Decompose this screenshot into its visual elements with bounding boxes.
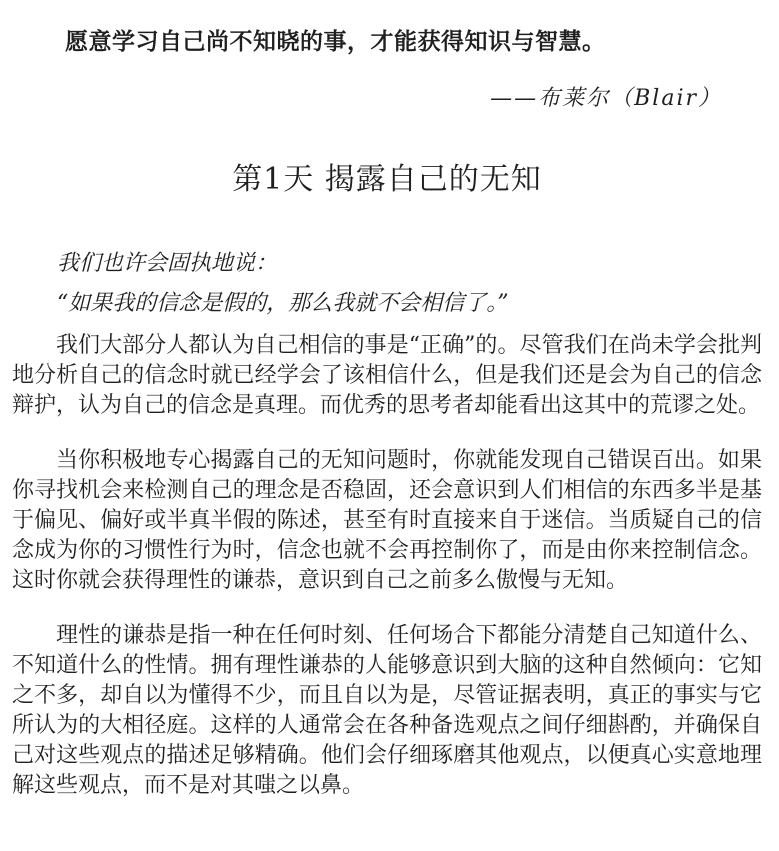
epigraph-attribution: ——布莱尔（Blair） xyxy=(12,86,722,112)
body-paragraph: 当你积极地专心揭露自己的无知问题时，你就能发现自己错误百出。如果你寻找机会来检测… xyxy=(12,446,762,596)
speech-intro-line: 我们也许会固执地说： xyxy=(57,251,762,277)
epigraph: 愿意学习自己尚不知晓的事，才能获得知识与智慧。 ——布莱尔（Blair） xyxy=(12,28,762,112)
chapter-body: 我们也许会固执地说： “如果我的信念是假的，那么我就不会相信了。” 我们大部分人… xyxy=(12,251,762,801)
epigraph-text: 愿意学习自己尚不知晓的事，才能获得知识与智慧。 xyxy=(65,28,762,56)
speech-quote-line: “如果我的信念是假的，那么我就不会相信了。” xyxy=(57,291,762,317)
book-page: 愿意学习自己尚不知晓的事，才能获得知识与智慧。 ——布莱尔（Blair） 第1天… xyxy=(0,0,779,851)
body-paragraph: 理性的谦恭是指一种在任何时刻、任何场合下都能分清楚自己知道什么、不知道什么的性情… xyxy=(12,621,762,801)
chapter-title: 第1天 揭露自己的无知 xyxy=(12,163,762,197)
body-paragraph: 我们大部分人都认为自己相信的事是“正确”的。尽管我们在尚未学会批判地分析自己的信… xyxy=(12,331,762,421)
